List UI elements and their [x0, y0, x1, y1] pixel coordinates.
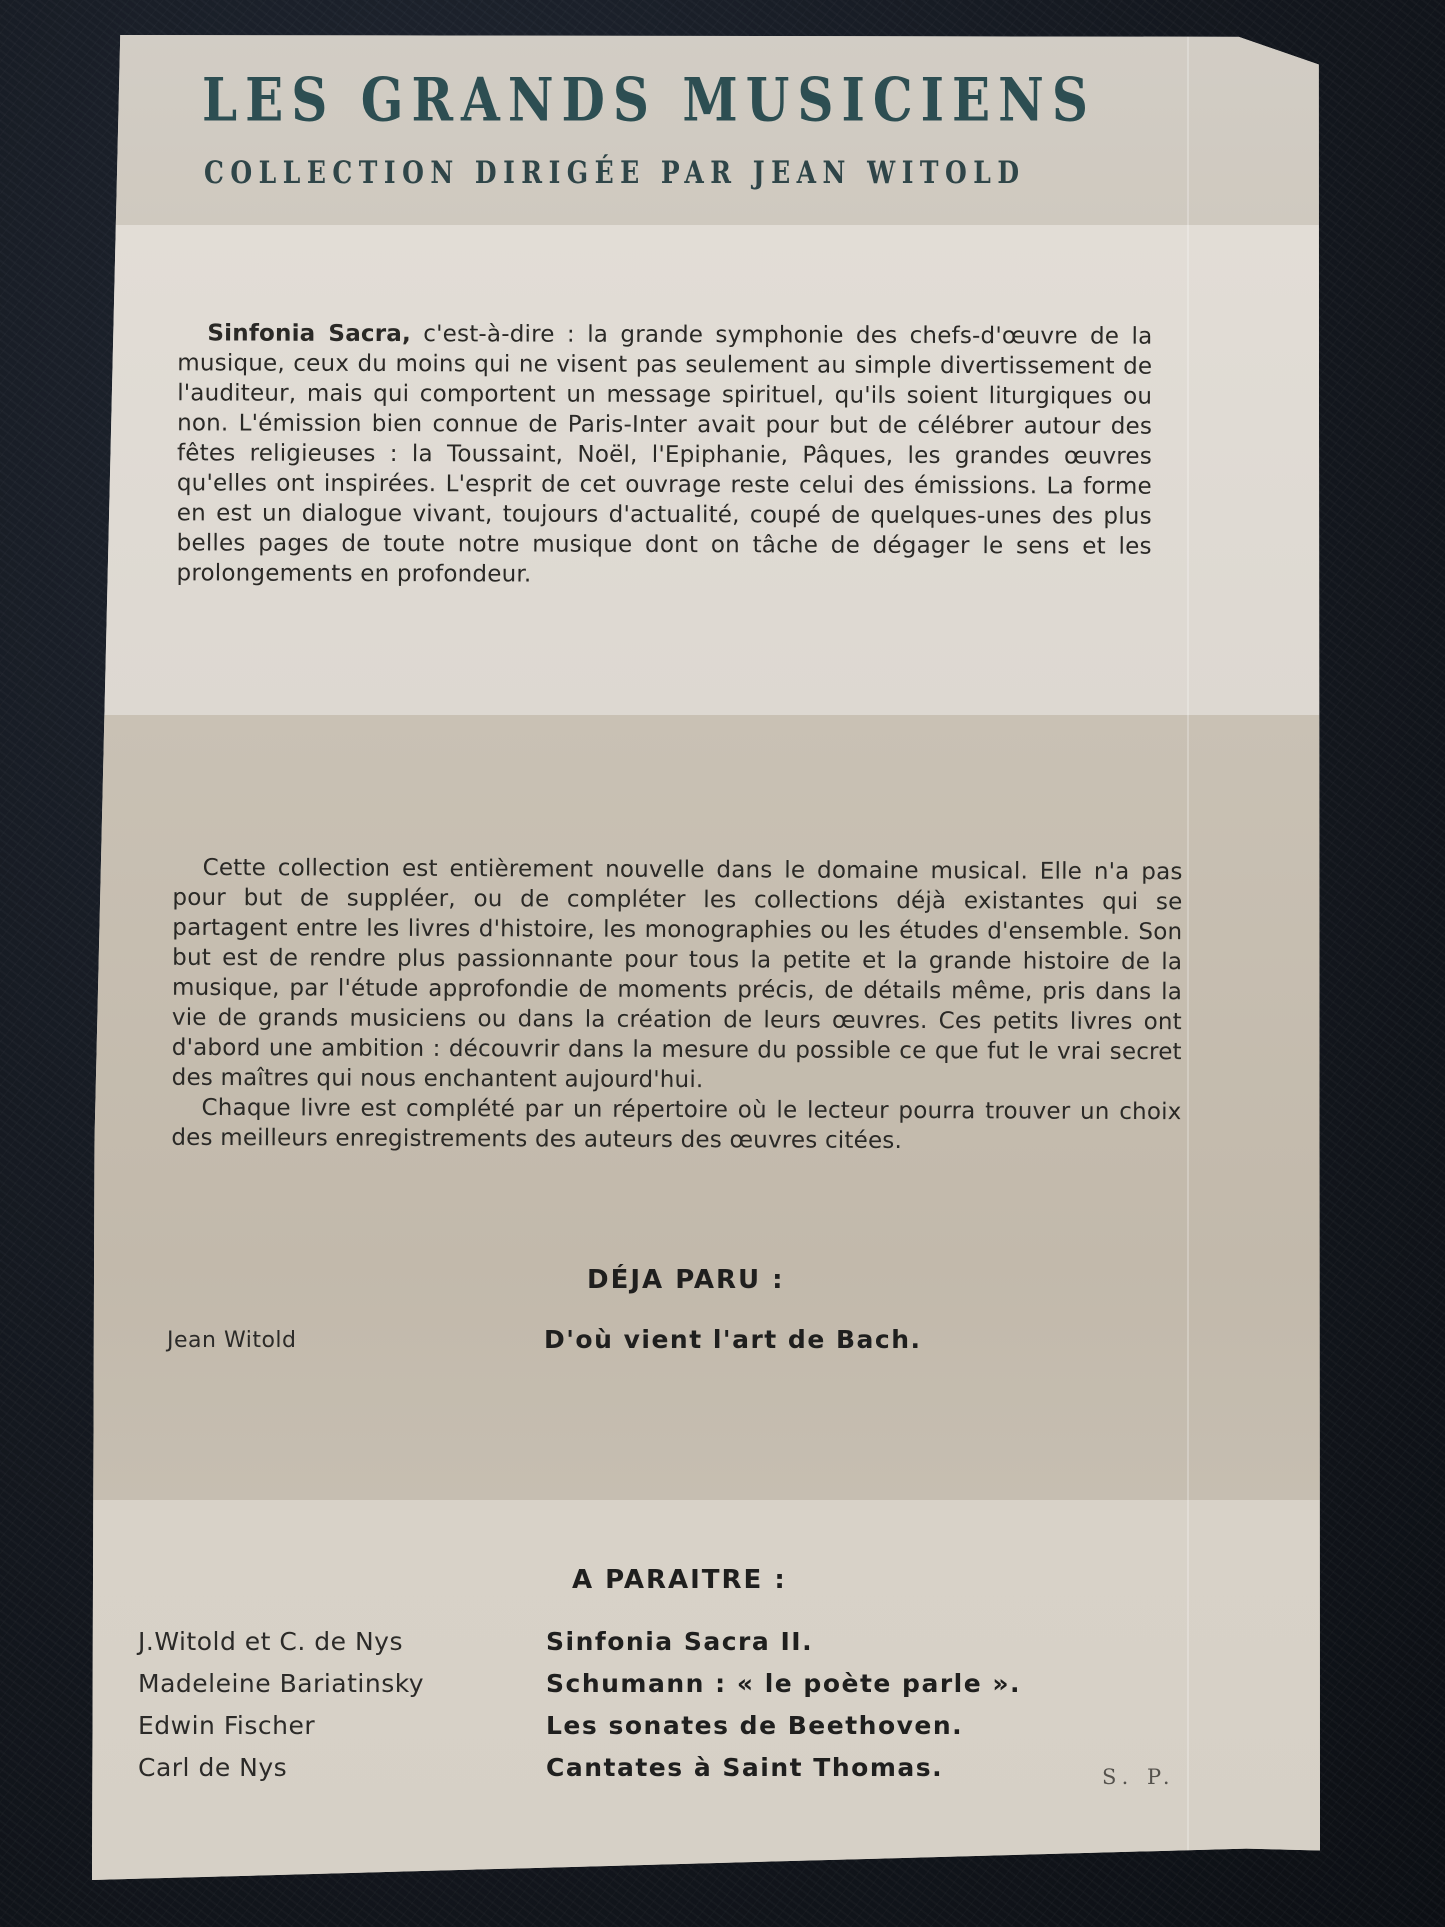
list-item: Madeleine Bariatinsky Schumann : « le po… [138, 1662, 1038, 1704]
forthcoming-book-title: Les sonates de Beethoven. [546, 1711, 963, 1740]
published-book-author: Jean Witold [167, 1328, 297, 1353]
forthcoming-book-title: Cantates à Saint Thomas. [546, 1753, 943, 1782]
collection-description: Cette collection est entièrement nouvell… [171, 853, 1182, 1157]
intro-paragraph: Sinfonia Sacra, c'est-à-dire : la grande… [177, 318, 1153, 591]
published-book-title: D'où vient l'art de Bach. [544, 1325, 922, 1354]
book-back-cover: LES GRANDS MUSICIENS COLLECTION DIRIGÉE … [92, 35, 1320, 1880]
list-item: J.Witold et C. de Nys Sinfonia Sacra II. [138, 1620, 1038, 1662]
intro-lead: Sinfonia Sacra, [207, 320, 411, 347]
forthcoming-heading: A PARAITRE : [572, 1565, 787, 1595]
intro-text: c'est-à-dire : la grande symphonie des c… [177, 321, 1153, 587]
forthcoming-list: J.Witold et C. de Nys Sinfonia Sacra II.… [138, 1620, 1038, 1788]
forthcoming-book-title: Sinfonia Sacra II. [546, 1627, 813, 1656]
forthcoming-book-author: Madeleine Bariatinsky [138, 1669, 546, 1698]
collection-paragraph: Cette collection est entièrement nouvell… [172, 853, 1183, 1097]
collection-paragraph: Chaque livre est complété par un réperto… [171, 1093, 1181, 1157]
forthcoming-book-title: Schumann : « le poète parle ». [546, 1669, 1021, 1698]
already-published-heading: DÉJA PARU : [587, 1265, 785, 1295]
list-item: Edwin Fischer Les sonates de Beethoven. [138, 1704, 1038, 1746]
forthcoming-book-author: Carl de Nys [138, 1753, 546, 1782]
series-subtitle: COLLECTION DIRIGÉE PAR JEAN WITOLD [204, 154, 1254, 190]
printer-mark: S. P. [1102, 1765, 1176, 1789]
series-title: LES GRANDS MUSICIENS [202, 64, 1252, 135]
forthcoming-book-author: Edwin Fischer [138, 1711, 546, 1740]
forthcoming-book-author: J.Witold et C. de Nys [138, 1627, 546, 1656]
list-item: Carl de Nys Cantates à Saint Thomas. [138, 1746, 1038, 1788]
